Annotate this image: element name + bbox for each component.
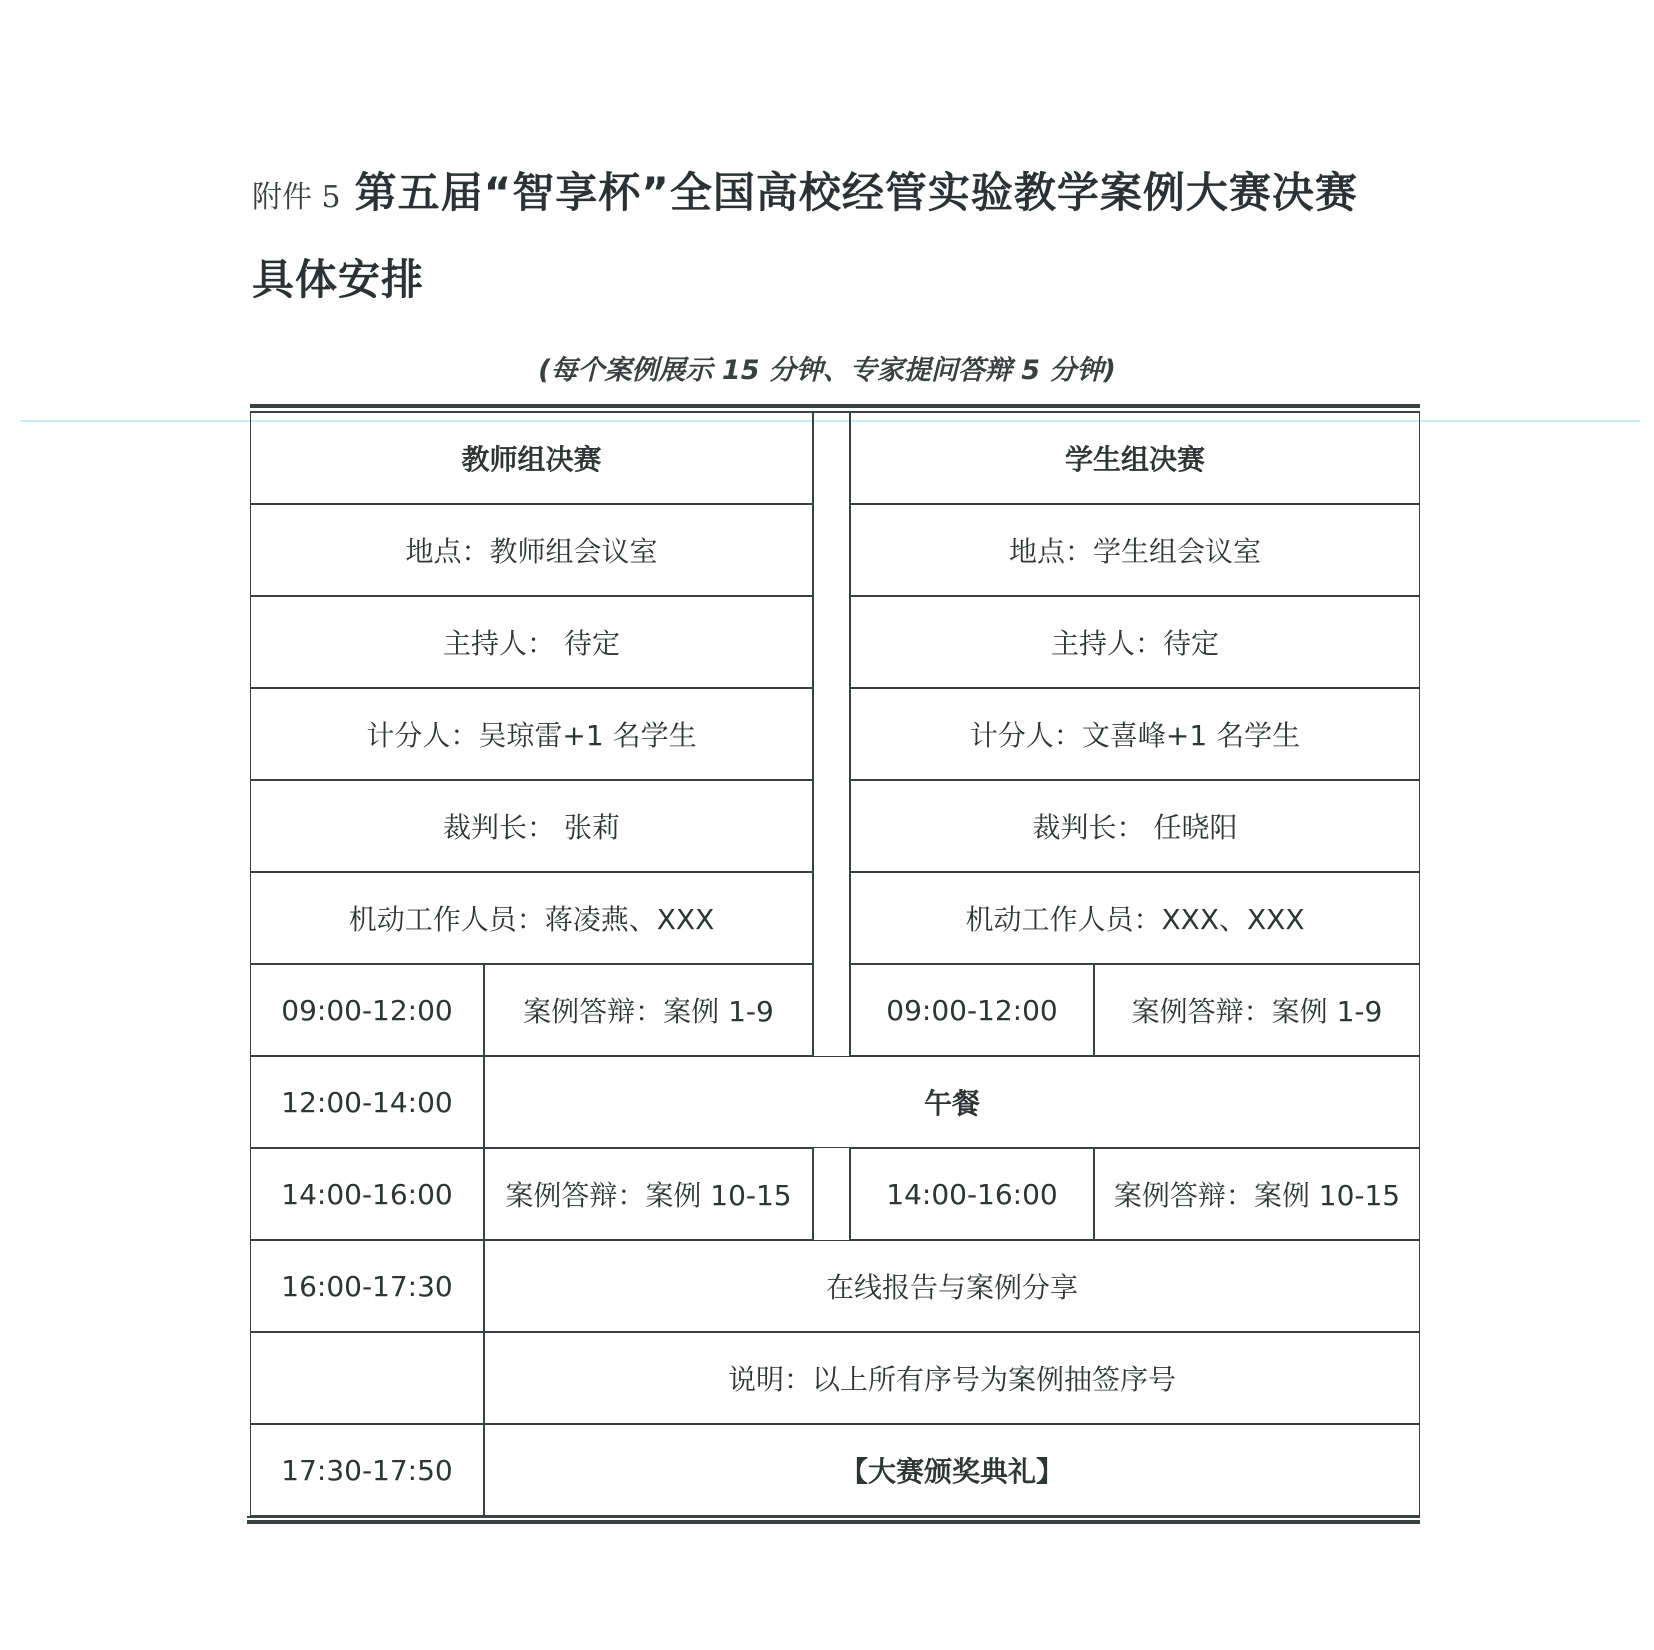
report-label: 在线报告与案例分享 bbox=[484, 1240, 1420, 1332]
top-rule-thick bbox=[250, 404, 1420, 408]
teacher-morning-activity: 案例答辩：案例 1-9 bbox=[484, 964, 813, 1056]
teacher-chief-judge: 裁判长： 张莉 bbox=[250, 780, 813, 872]
student-location: 地点：学生组会议室 bbox=[850, 504, 1420, 596]
student-afternoon-activity: 案例答辩：案例 10-15 bbox=[1094, 1148, 1420, 1240]
student-heading: 学生组决赛 bbox=[850, 412, 1420, 504]
student-host: 主持人：待定 bbox=[850, 596, 1420, 688]
teacher-afternoon-activity: 案例答辩：案例 10-15 bbox=[484, 1148, 813, 1240]
column-gap-afternoon bbox=[813, 1148, 850, 1240]
bottom-rule-thin bbox=[247, 1516, 1420, 1518]
ceremony-label: 【大赛颁奖典礼】 bbox=[484, 1424, 1420, 1516]
teacher-host: 主持人： 待定 bbox=[250, 596, 813, 688]
bottom-rule-thick bbox=[247, 1520, 1420, 1524]
student-morning-activity: 案例答辩：案例 1-9 bbox=[1094, 964, 1420, 1056]
page-title-continued: 具体安排 bbox=[252, 255, 424, 304]
student-chief-judge: 裁判长： 任晓阳 bbox=[850, 780, 1420, 872]
teacher-staff: 机动工作人员：蒋凌燕、XXX bbox=[250, 872, 813, 964]
report-time: 16:00-17:30 bbox=[250, 1240, 484, 1332]
student-staff: 机动工作人员：XXX、XXX bbox=[850, 872, 1420, 964]
teacher-morning-time: 09:00-12:00 bbox=[250, 964, 484, 1056]
title-line-2: 具体安排 bbox=[252, 247, 424, 307]
page-title: 第五届“智享杯”全国高校经管实验教学案例大赛决赛 bbox=[355, 168, 1358, 217]
teacher-heading: 教师组决赛 bbox=[250, 412, 813, 504]
student-morning-time: 09:00-12:00 bbox=[850, 964, 1094, 1056]
title-line-1: 附件 5第五届“智享杯”全国高校经管实验教学案例大赛决赛 bbox=[252, 160, 1358, 220]
ceremony-time: 17:30-17:50 bbox=[250, 1424, 484, 1516]
subtitle: (每个案例展示 15 分钟、专家提问答辩 5 分钟) bbox=[0, 348, 1654, 387]
lunch-time: 12:00-14:00 bbox=[250, 1056, 484, 1148]
column-gap-top bbox=[813, 412, 850, 1056]
annex-label: 附件 5 bbox=[252, 180, 341, 215]
teacher-afternoon-time: 14:00-16:00 bbox=[250, 1148, 484, 1240]
student-scorer: 计分人：文喜峰+1 名学生 bbox=[850, 688, 1420, 780]
note-label: 说明：以上所有序号为案例抽签序号 bbox=[484, 1332, 1420, 1424]
note-time bbox=[250, 1332, 484, 1424]
student-afternoon-time: 14:00-16:00 bbox=[850, 1148, 1094, 1240]
teacher-scorer: 计分人：吴琼雷+1 名学生 bbox=[250, 688, 813, 780]
teacher-location: 地点：教师组会议室 bbox=[250, 504, 813, 596]
lunch-label: 午餐 bbox=[484, 1056, 1420, 1148]
